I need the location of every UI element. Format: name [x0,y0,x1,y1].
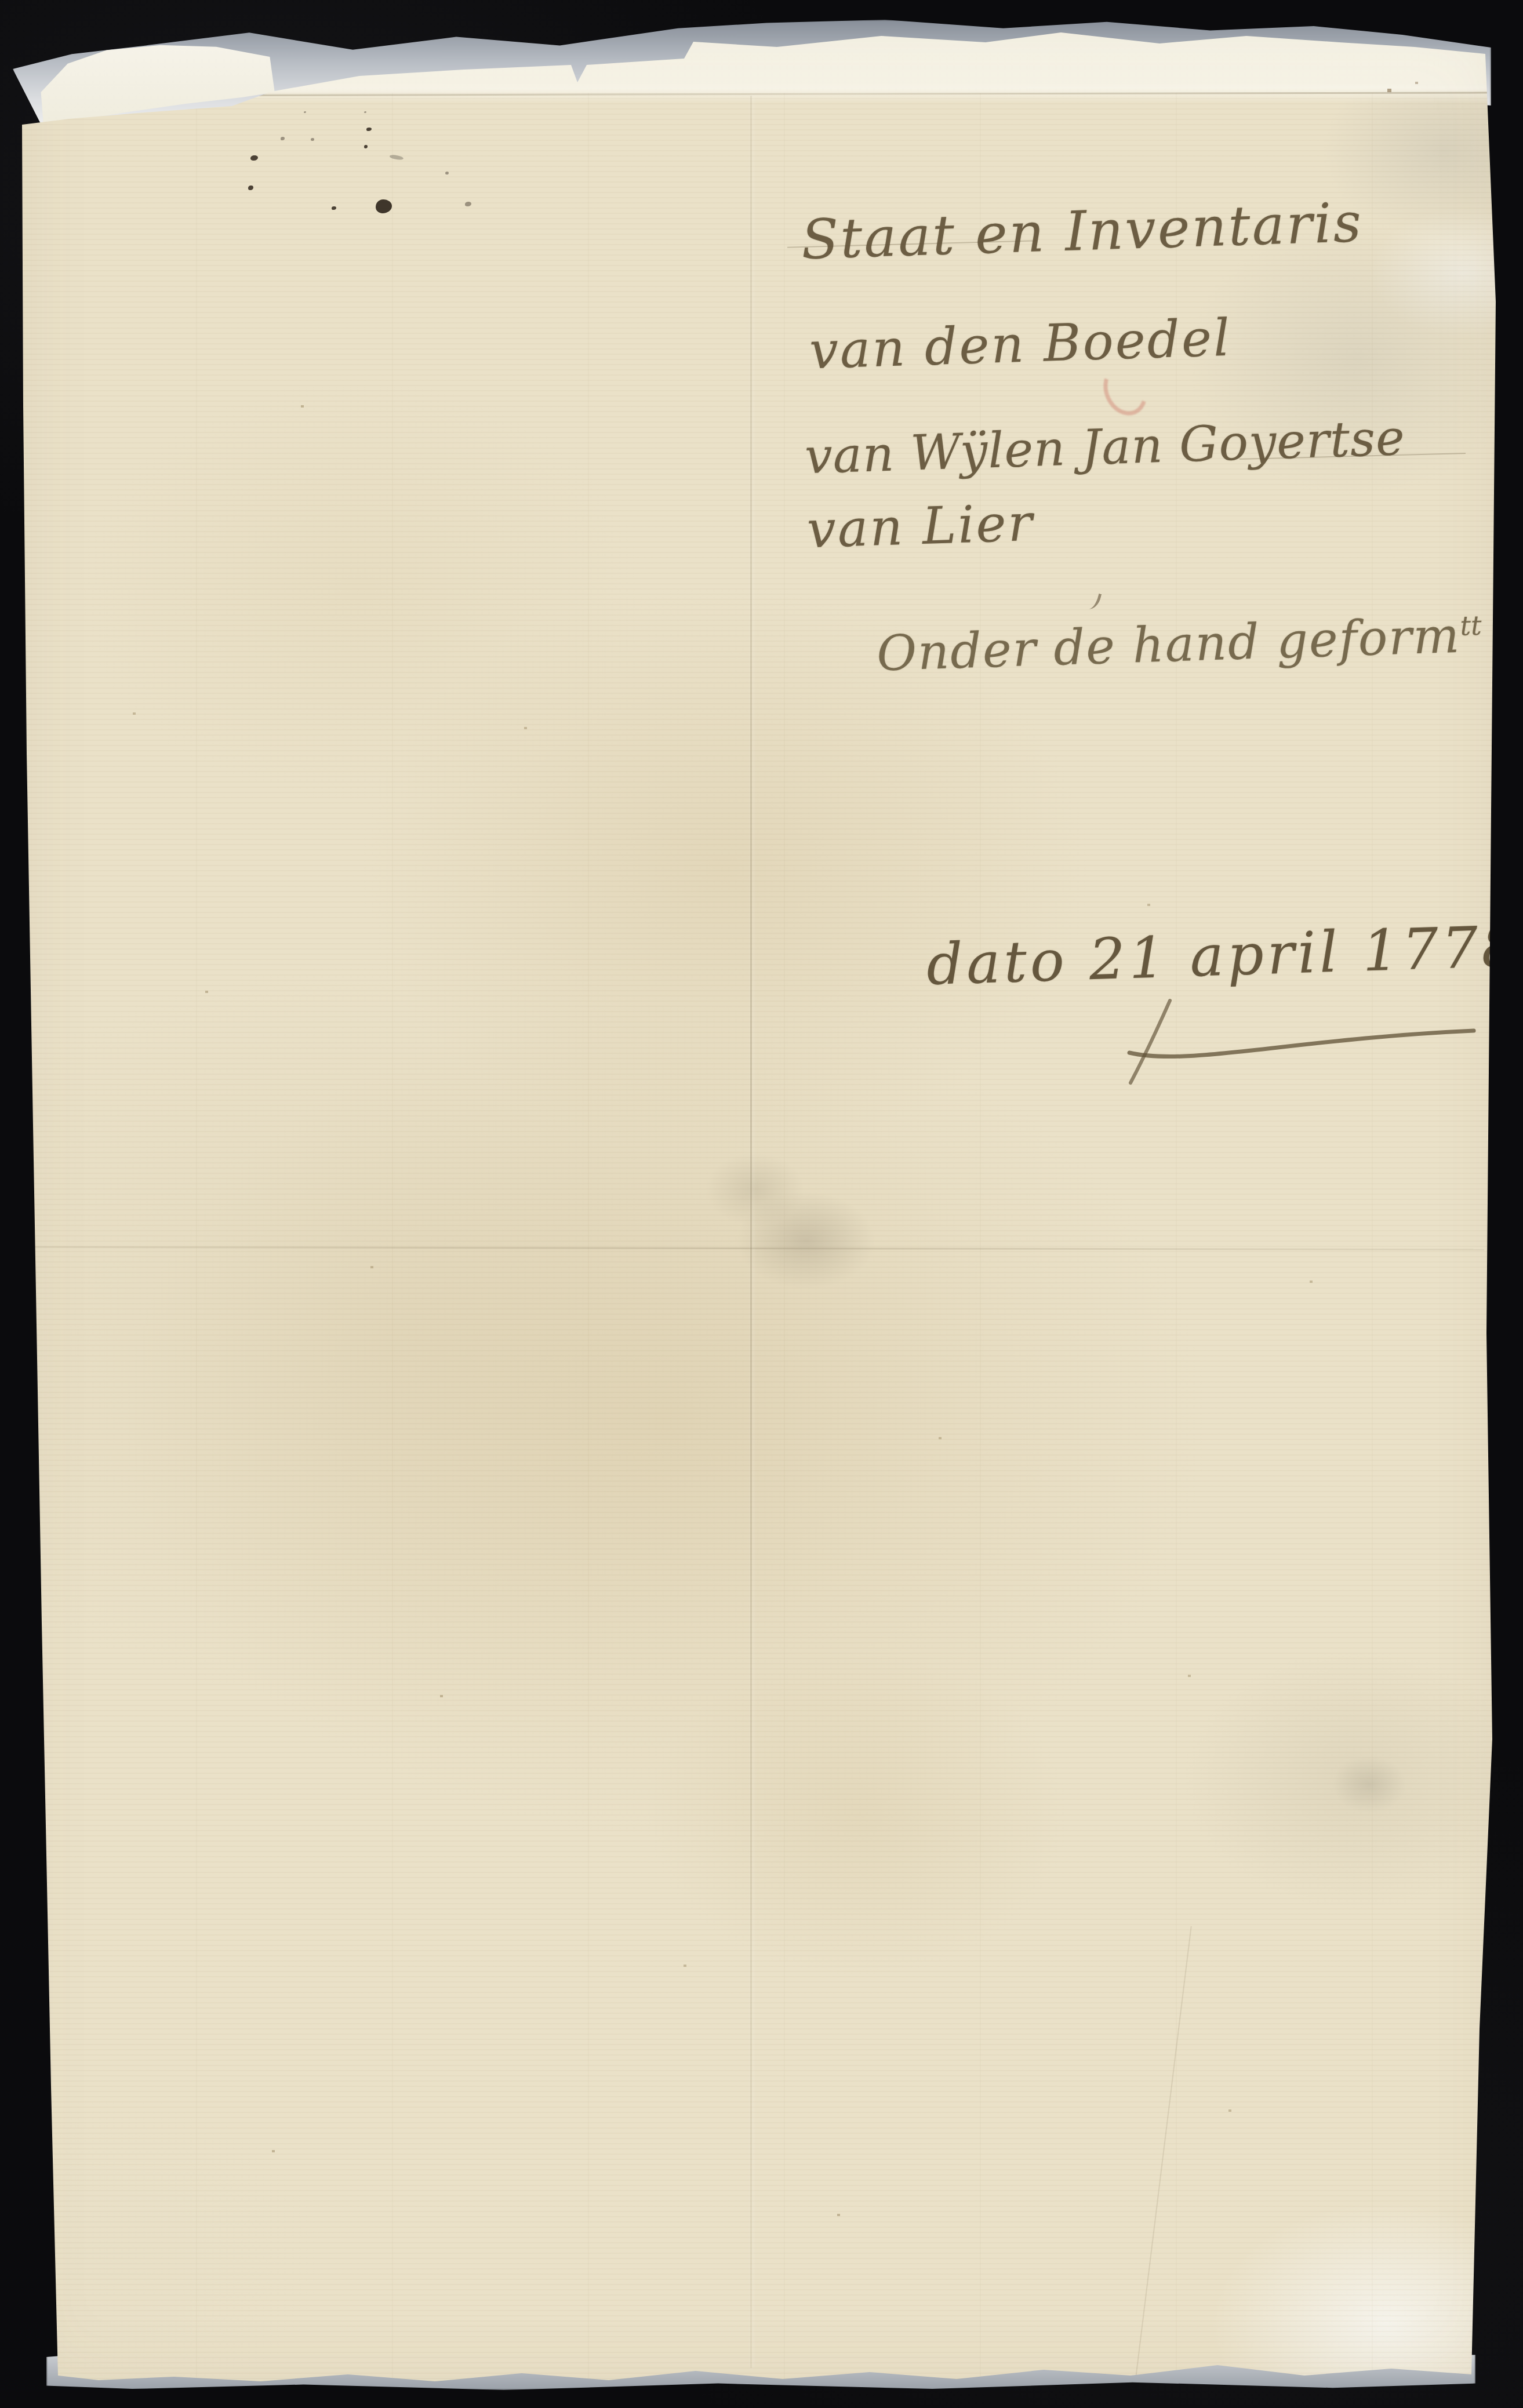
title-line-van-wylen-jan-goyertse: van Wÿlen Jan Goyertse [804,409,1406,485]
ink-speck [445,172,449,174]
scanned-document: Staat en Inventaris van den Boedel van W… [0,0,1523,2408]
ink-speck [465,202,471,206]
manuscript-page: Staat en Inventaris van den Boedel van W… [0,0,1523,2408]
title-line-staat-en-inventaris: Staat en Inventaris [801,191,1364,272]
ink-speck [304,111,306,113]
ink-speck [248,185,253,190]
note-line-onder-de-hand: Onder de hand geformtt [876,606,1483,682]
ink-speck [366,128,372,131]
fold-crease-vertical [750,96,752,2368]
note-superscript: tt [1460,610,1482,642]
ink-speck [281,137,285,140]
ink-speck [364,111,366,113]
ink-speck [332,206,336,210]
underline-flourish [1113,996,1496,1094]
ink-speck [250,155,258,161]
ink-speck [364,145,368,148]
fold-crease-diagonal [1134,1926,1191,2387]
ink-speck [311,138,314,141]
ink-blot [376,199,392,213]
fold-crease-middle [23,1246,1484,1250]
note-text: Onder de hand geform [876,607,1462,682]
title-line-van-lier: van Lier [806,493,1035,559]
date-line: dato 21 april 1778 [925,914,1522,998]
stray-ink-mark [1086,591,1102,611]
title-line-van-den-boedel: van den Boedel [809,308,1233,381]
paper-fiber-flecks [0,0,2,1]
ink-smudge [390,154,404,161]
